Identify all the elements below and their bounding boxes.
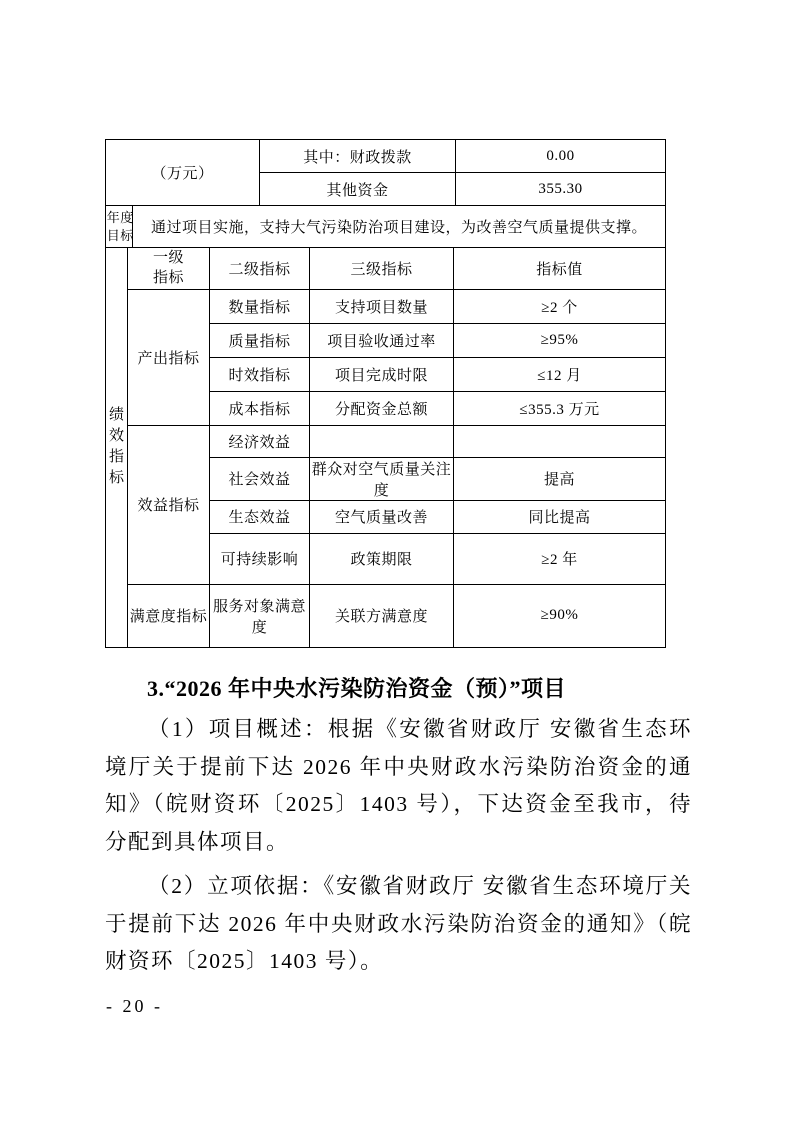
level2-cell: 时效指标 <box>210 357 310 391</box>
header-level3: 三级指标 <box>310 248 454 290</box>
indicator-value-cell: ≥2 年 <box>454 533 666 584</box>
level2-cell: 服务对象满意度 <box>210 584 310 647</box>
section-heading: 3.“2026 年中央水污染防治资金（预）”项目 <box>105 674 692 704</box>
annual-goal-text: 通过项目实施，支持大气污染防治项目建设，为改善空气质量提供支撑。 <box>133 206 666 248</box>
level3-cell: 项目验收通过率 <box>310 323 454 357</box>
level2-cell: 质量指标 <box>210 323 310 357</box>
header-level2: 二级指标 <box>210 248 310 290</box>
page-number: - 20 - <box>106 996 163 1017</box>
level3-cell: 关联方满意度 <box>310 584 454 647</box>
body-paragraph: （1）项目概述：根据《安徽省财政厅 安徽省生态环境厅关于提前下达 2026 年中… <box>105 711 692 861</box>
indicator-value-cell: ≤355.3 万元 <box>454 391 666 425</box>
level3-cell: 项目完成时限 <box>310 357 454 391</box>
performance-side-label: 绩效指标 <box>108 405 125 489</box>
indicator-value-cell: 提高 <box>454 457 666 500</box>
level3-cell <box>310 425 454 457</box>
level3-cell: 群众对空气质量关注度 <box>310 457 454 500</box>
indicator-value-cell <box>454 425 666 457</box>
annual-goal-label: 年度目标 <box>106 209 133 244</box>
funding-row-value: 0.00 <box>456 140 666 173</box>
header-level1-label: 一级指标 <box>152 248 185 289</box>
level3-cell: 政策期限 <box>310 533 454 584</box>
funding-table-section: （万元） 其中：财政拨款 0.00 其他资金 355.30 <box>105 139 666 206</box>
header-value: 指标值 <box>454 248 666 290</box>
level2-cell: 生态效益 <box>210 500 310 533</box>
level3-cell: 空气质量改善 <box>310 500 454 533</box>
indicator-value-cell: ≥2 个 <box>454 289 666 323</box>
indicator-table-section: 绩效指标 一级指标 二级指标 三级指标 指标值 产出指标 数量指标 支持项目数量… <box>105 247 666 648</box>
body-paragraph: （2）立项依据：《安徽省财政厅 安徽省生态环境厅关于提前下达 2026 年中央财… <box>105 868 692 981</box>
body-text-block: 3.“2026 年中央水污染防治资金（预）”项目 （1）项目概述：根据《安徽省财… <box>105 674 692 981</box>
level2-cell: 可持续影响 <box>210 533 310 584</box>
level1-cell-output: 产出指标 <box>128 289 210 425</box>
funding-row-label: 其他资金 <box>260 173 456 206</box>
level2-cell: 社会效益 <box>210 457 310 500</box>
funding-row-value: 355.30 <box>456 173 666 206</box>
budget-performance-table: （万元） 其中：财政拨款 0.00 其他资金 355.30 年度目标 <box>105 139 666 648</box>
funding-unit-cell: （万元） <box>106 140 260 206</box>
annual-goal-section: 年度目标 通过项目实施，支持大气污染防治项目建设，为改善空气质量提供支撑。 <box>105 205 666 248</box>
funding-unit-label: （万元） <box>151 166 213 182</box>
funding-row-label: 其中：财政拨款 <box>260 140 456 173</box>
level2-cell: 成本指标 <box>210 391 310 425</box>
indicator-value-cell: ≥95% <box>454 323 666 357</box>
level2-cell: 经济效益 <box>210 425 310 457</box>
header-level1: 一级指标 <box>128 248 210 290</box>
indicator-value-cell: ≤12 月 <box>454 357 666 391</box>
level1-cell-satisfaction: 满意度指标 <box>128 584 210 647</box>
level1-cell-benefit: 效益指标 <box>128 425 210 584</box>
indicator-value-cell: ≥90% <box>454 584 666 647</box>
level3-cell: 支持项目数量 <box>310 289 454 323</box>
annual-goal-label-cell: 年度目标 <box>106 206 133 248</box>
level2-cell: 数量指标 <box>210 289 310 323</box>
performance-side-cell: 绩效指标 <box>106 248 128 648</box>
document-page: （万元） 其中：财政拨款 0.00 其他资金 355.30 年度目标 <box>0 0 793 1122</box>
level3-cell: 分配资金总额 <box>310 391 454 425</box>
indicator-value-cell: 同比提高 <box>454 500 666 533</box>
